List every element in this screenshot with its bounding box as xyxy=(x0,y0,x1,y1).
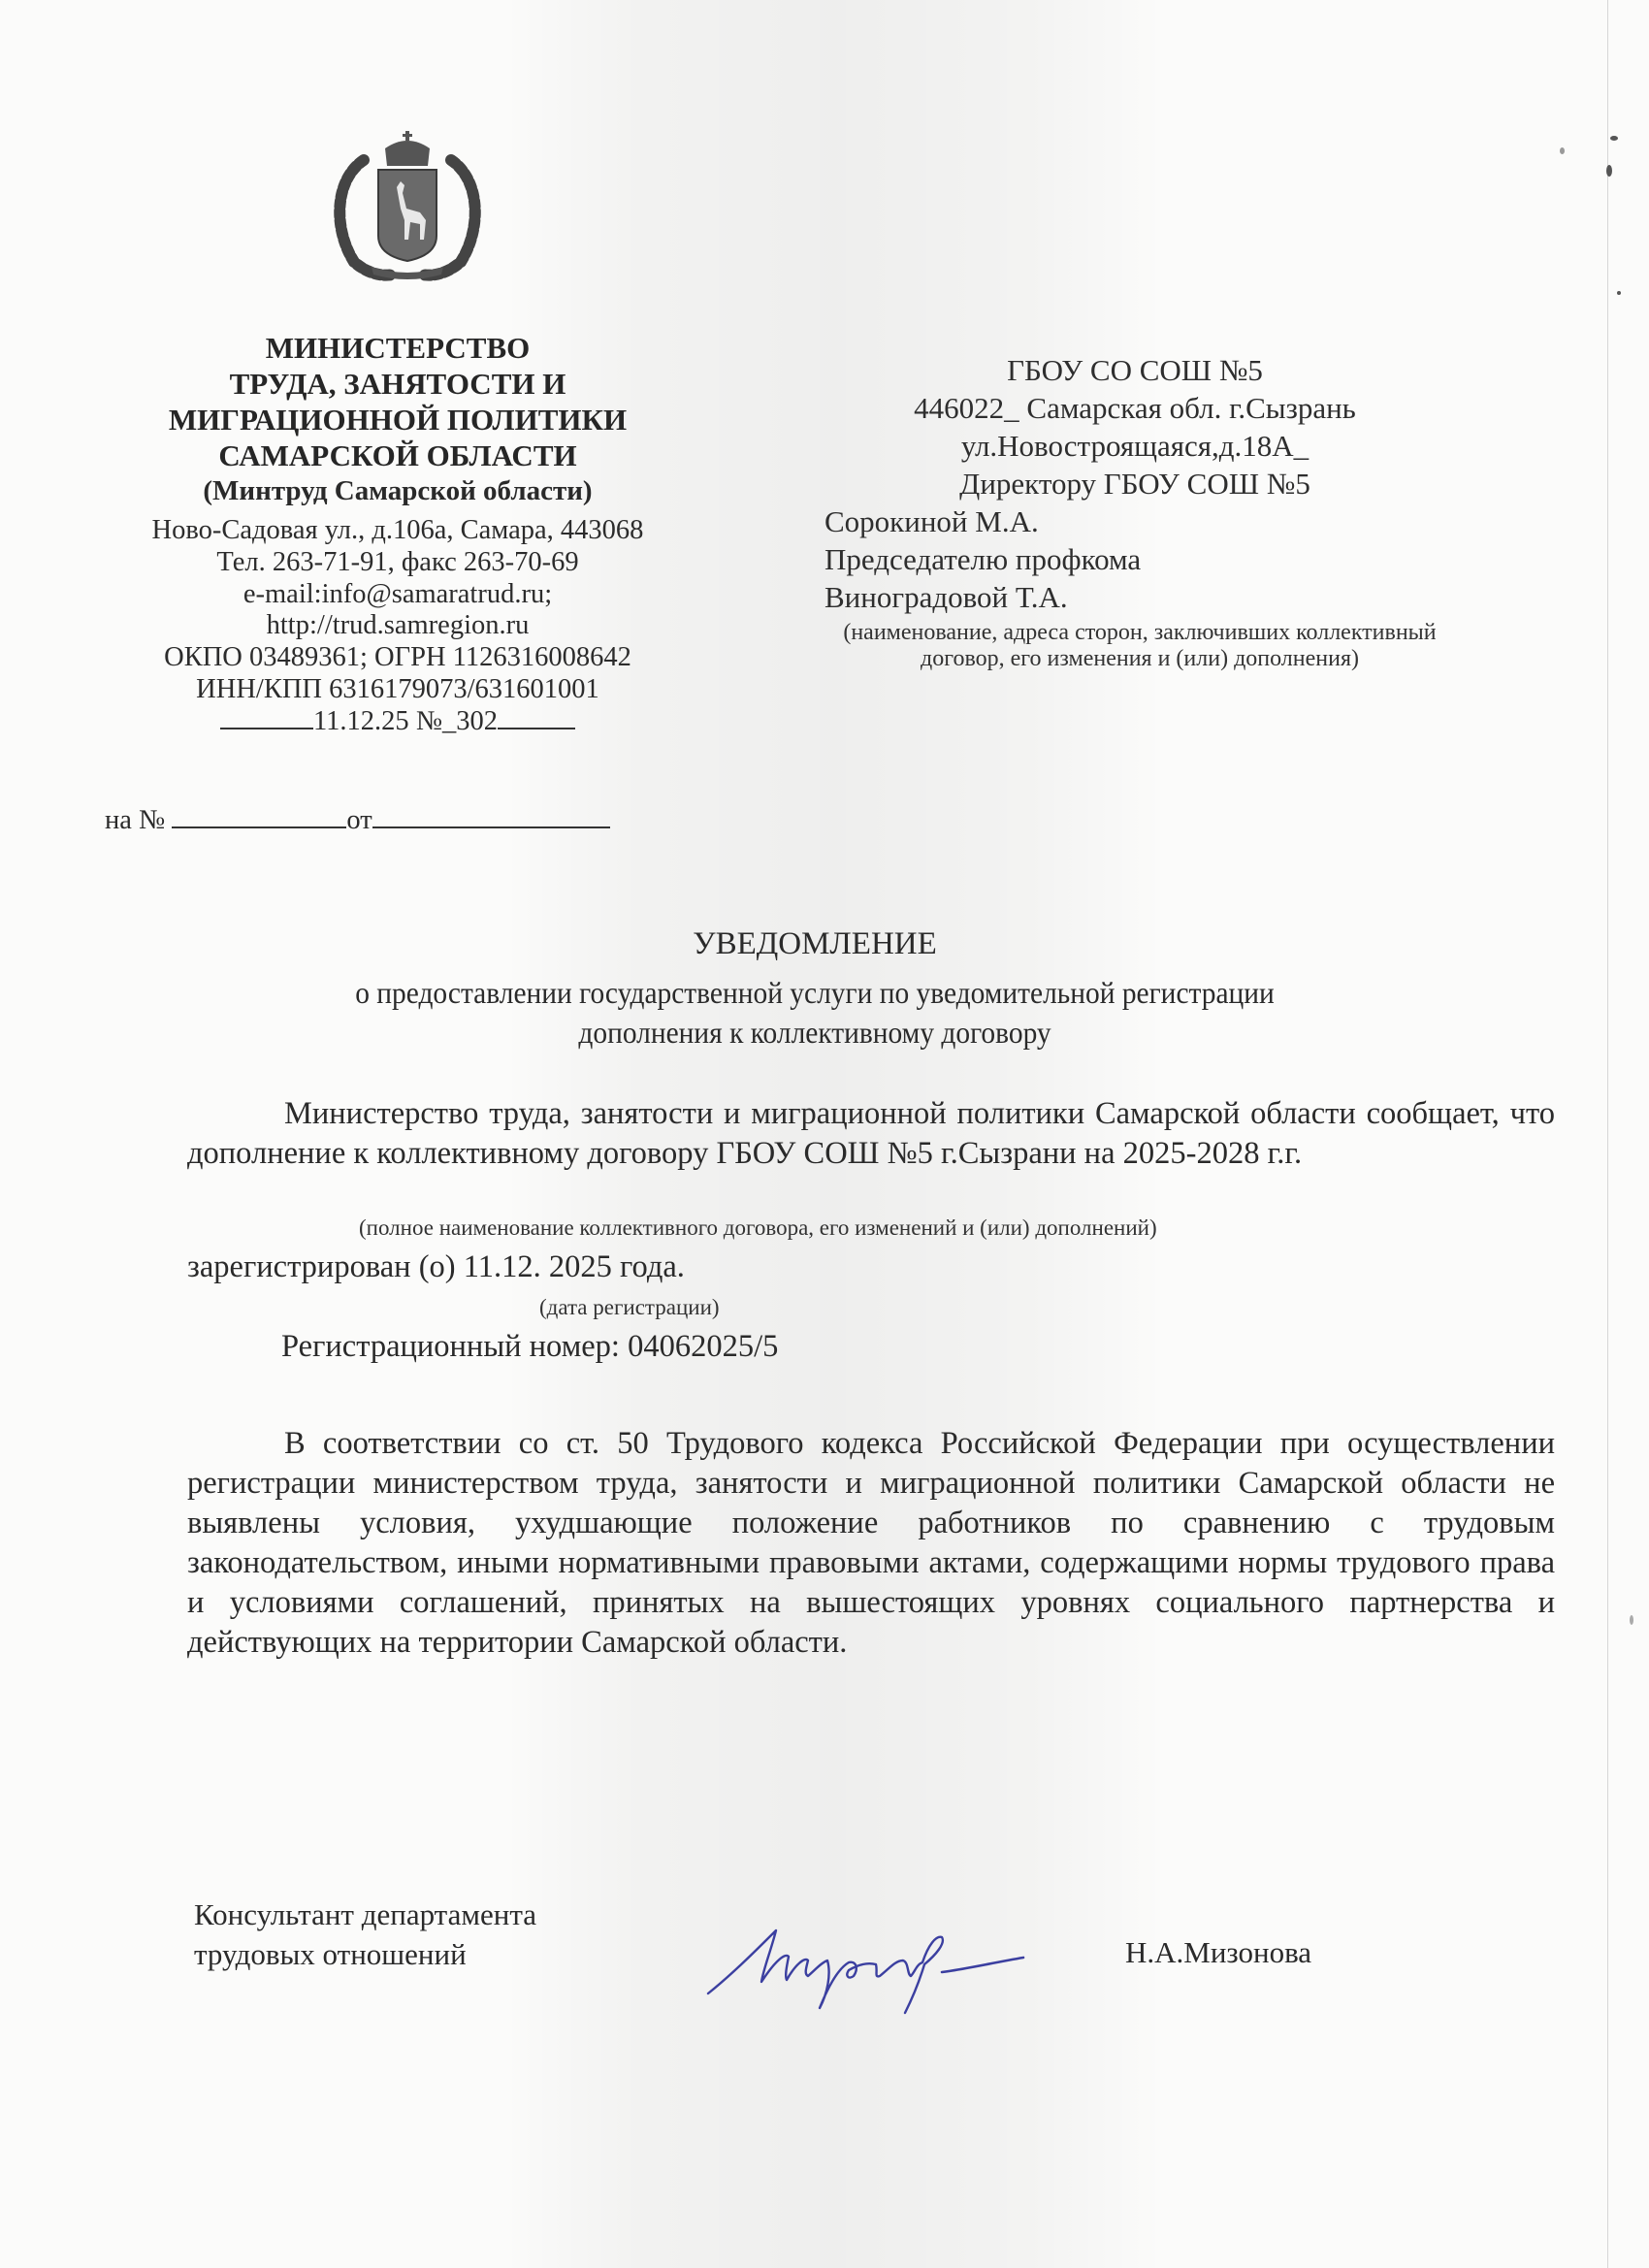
signatory-position: Консультант департамента трудовых отноше… xyxy=(194,1895,536,1974)
signatory-name: Н.А.Мизонова xyxy=(1125,1935,1311,1970)
sender-email: e-mail:info@samaratrud.ru; xyxy=(92,579,703,611)
addressee-union-title: Председателю профкома xyxy=(824,540,1445,578)
outgoing-number: 302 xyxy=(456,706,498,736)
scan-edge-line xyxy=(1607,0,1608,2268)
addressee-block: ГБОУ СО СОШ №5 446022_ Самарская обл. г.… xyxy=(824,351,1445,672)
reply-number-blank xyxy=(172,805,346,828)
org-name-line: МИГРАЦИОННОЙ ПОЛИТИКИ xyxy=(92,402,703,437)
scan-speck xyxy=(1617,291,1621,295)
scan-speck xyxy=(1606,165,1612,177)
registration-number-line: Регистрационный номер: 04062025/5 xyxy=(281,1329,778,1365)
position-line: трудовых отношений xyxy=(194,1934,536,1974)
reply-from-label: от xyxy=(346,805,372,835)
outgoing-ref: 11.12.25 №_302 xyxy=(92,706,703,738)
addressee-address-line1: 446022_ Самарская обл. г.Сызрань xyxy=(824,389,1445,427)
scan-speck xyxy=(1630,1615,1633,1625)
org-name-line: МИНИСТЕРСТВО xyxy=(92,330,703,366)
scan-speck xyxy=(1560,147,1565,154)
registration-date-line: зарегистрирован (о) 11.12. 2025 года. xyxy=(187,1249,685,1285)
subtitle-line: о предоставлении государственной услуги … xyxy=(226,973,1404,1013)
reply-reference: на № от xyxy=(105,805,610,836)
position-line: Консультант департамента xyxy=(194,1895,536,1934)
registered-label: зарегистрирован (о) xyxy=(187,1249,456,1284)
paragraph1-note: (полное наименование коллективного догов… xyxy=(359,1215,1157,1241)
addressee-org: ГБОУ СО СОШ №5 xyxy=(824,351,1445,389)
scan-speck xyxy=(1610,136,1618,141)
reply-date-blank xyxy=(372,805,610,828)
sender-address: Ново-Садовая ул., д.106а, Самара, 443068 xyxy=(92,515,703,547)
registration-date-note: (дата регистрации) xyxy=(539,1295,720,1320)
document-title: УВЕДОМЛЕНИЕ xyxy=(175,924,1455,963)
sender-inn-kpp: ИНН/КПП 6316179073/631601001 xyxy=(92,674,703,706)
reply-to-label: на № xyxy=(105,805,165,835)
registration-number-label: Регистрационный номер: xyxy=(281,1329,620,1364)
paragraph-legal-conclusion: В соответствии со ст. 50 Трудового кодек… xyxy=(187,1424,1555,1663)
org-short-name: (Минтруд Самарской области) xyxy=(92,473,703,509)
addressee-director-name: Сорокиной М.А. xyxy=(824,502,1445,540)
blank-underline xyxy=(498,706,575,729)
sender-block: МИНИСТЕРСТВО ТРУДА, ЗАНЯТОСТИ И МИГРАЦИО… xyxy=(92,330,703,738)
addressee-union-name: Виноградовой Т.А. xyxy=(824,578,1445,616)
handwritten-signature-icon xyxy=(703,1916,1043,2023)
sender-phone-fax: Тел. 263-71-91, факс 263-70-69 xyxy=(92,547,703,579)
coat-of-arms-icon xyxy=(325,131,490,286)
addressee-director-title: Директору ГБОУ СОШ №5 xyxy=(824,465,1445,502)
sender-website: http://trud.samregion.ru xyxy=(92,610,703,642)
org-name-line: САМАРСКОЙ ОБЛАСТИ xyxy=(92,437,703,473)
registration-number: 04062025/5 xyxy=(628,1329,778,1364)
document-subtitle: о предоставлении государственной услуги … xyxy=(226,973,1404,1053)
outgoing-date: 11.12.25 xyxy=(313,706,409,736)
addressee-address-line2: ул.Новостроящаяся,д.18А_ xyxy=(824,427,1445,465)
sender-okpo-ogrn: ОКПО 03489361; ОГРН 1126316008642 xyxy=(92,642,703,674)
registered-date: 11.12. 2025 года. xyxy=(464,1249,685,1284)
addressee-note: (наименование, адреса сторон, заключивши… xyxy=(824,620,1445,672)
paragraph-registration-notice: Министерство труда, занятости и миграцио… xyxy=(187,1094,1555,1174)
outgoing-number-prefix: №_ xyxy=(416,706,456,736)
blank-underline xyxy=(220,706,313,729)
org-name-line: ТРУДА, ЗАНЯТОСТИ И xyxy=(92,366,703,402)
subtitle-line: дополнения к коллективному договору xyxy=(226,1013,1404,1053)
